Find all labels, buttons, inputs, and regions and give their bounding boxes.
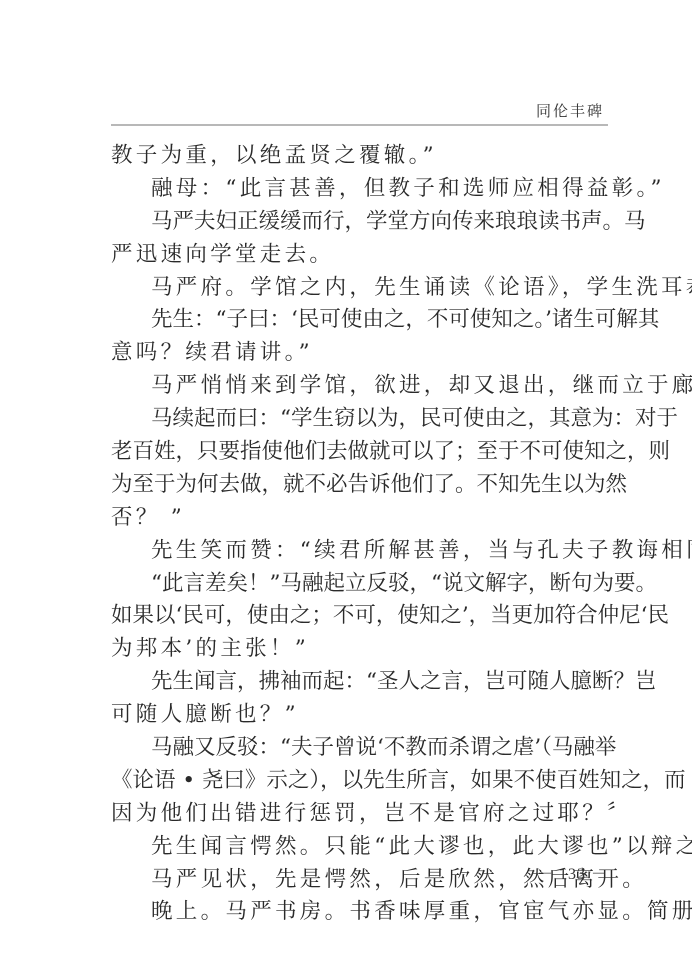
paragraph: 马续起而曰：“学生窃以为，民可使由之，其意为：对于老百姓，只要指使他们去做就可以… — [111, 403, 608, 535]
paragraph: 马严悄悄来到学馆，欲进，却又退出，继而立于廊外。 — [111, 370, 608, 403]
paragraph: 先生笑而赞：“续君所解甚善，当与孔夫子教诲相同。” — [111, 535, 608, 568]
paragraph: 先生：“子曰：‘民可使由之，不可使知之。’诸生可解其意吗？续君请讲。” — [111, 304, 608, 370]
paragraph: 马严夫妇正缓缓而行，学堂方向传来琅琅读书声。马严迅速向学堂走去。 — [111, 206, 608, 272]
text-line: 老百姓，只要指使他们去做就可以了；至于不可使知之，则 — [111, 436, 608, 469]
text-line: 意吗？续君请讲。” — [111, 337, 608, 370]
paragraph: “此言差矣！”马融起立反驳，“说文解字，断句为要。如果以‘民可，使由之；不可，使… — [111, 568, 608, 667]
paragraph: 晚上。马严书房。书香味厚重，官宦气亦显。简册累 — [111, 896, 608, 929]
text-line: 融母：“此言甚善，但教子和选师应相得益彰。” — [111, 173, 608, 206]
text-line: 马严悄悄来到学馆，欲进，却又退出，继而立于廊外。 — [111, 370, 608, 403]
text-line: 先生：“子曰：‘民可使由之，不可使知之。’诸生可解其 — [111, 304, 608, 337]
text-line: 马严见状，先是愕然，后是欣然，然后离开。 — [111, 864, 608, 897]
text-line: 《论语 • 尧曰》示之），以先生所言，如果不使百姓知之，而 — [111, 765, 608, 798]
running-header: 同伦丰碑 — [111, 96, 608, 124]
text-line: 为至于为何去做，就不必告诉他们了。不知先生以为然 — [111, 469, 608, 502]
text-line: 马续起而曰：“学生窃以为，民可使由之，其意为：对于 — [111, 403, 608, 436]
text-line: 如果以‘民可，使由之；不可，使知之’，当更加符合仲尼‘民 — [111, 600, 608, 633]
paragraph: 先生闻言，拂袖而起：“圣人之言，岂可随人臆断？岂可随人臆断也？” — [111, 666, 608, 732]
text-line: 因为他们出错进行惩罚，岂不是官府之过耶？〞 — [111, 798, 608, 831]
text-line: 可随人臆断也？” — [111, 699, 608, 732]
text-line: 教子为重，以绝孟贤之覆辙。” — [111, 140, 608, 173]
text-line: 为邦本’的主张！” — [111, 633, 608, 666]
text-line: 先生闻言，拂袖而起：“圣人之言，岂可随人臆断？岂 — [111, 666, 608, 699]
text-line: 先生闻言愕然。只能“此大谬也，此大谬也”以辩之。 — [111, 831, 608, 864]
text-line: “此言差矣！”马融起立反驳，“说文解字，断句为要。 — [111, 568, 608, 601]
text-line: 先生笑而赞：“续君所解甚善，当与孔夫子教诲相同。” — [111, 535, 608, 568]
paragraph: 教子为重，以绝孟贤之覆辙。” — [111, 140, 608, 173]
page-body: 教子为重，以绝孟贤之覆辙。”融母：“此言甚善，但教子和选师应相得益彰。”马严夫妇… — [111, 140, 608, 929]
text-line: 马严夫妇正缓缓而行，学堂方向传来琅琅读书声。马 — [111, 206, 608, 239]
text-line: 马严府。学馆之内，先生诵读《论语》，学生洗耳恭听。 — [111, 272, 608, 305]
text-line: 否？ ” — [111, 502, 608, 535]
page-number: － 133 － — [537, 861, 608, 884]
paragraph: 融母：“此言甚善，但教子和选师应相得益彰。” — [111, 173, 608, 206]
running-header-title: 同伦丰碑 — [536, 100, 604, 121]
text-line: 晚上。马严书房。书香味厚重，官宦气亦显。简册累 — [111, 896, 608, 929]
text-line: 马融又反驳：“夫子曾说‘不教而杀谓之虐’（马融举 — [111, 732, 608, 765]
paragraph: 马融又反驳：“夫子曾说‘不教而杀谓之虐’（马融举《论语 • 尧曰》示之），以先生… — [111, 732, 608, 831]
paragraph: 先生闻言愕然。只能“此大谬也，此大谬也”以辩之。 — [111, 831, 608, 864]
text-line: 严迅速向学堂走去。 — [111, 239, 608, 272]
paragraph: 马严府。学馆之内，先生诵读《论语》，学生洗耳恭听。 — [111, 272, 608, 305]
paragraph: 马严见状，先是愕然，后是欣然，然后离开。 — [111, 864, 608, 897]
header-rule — [111, 124, 608, 126]
